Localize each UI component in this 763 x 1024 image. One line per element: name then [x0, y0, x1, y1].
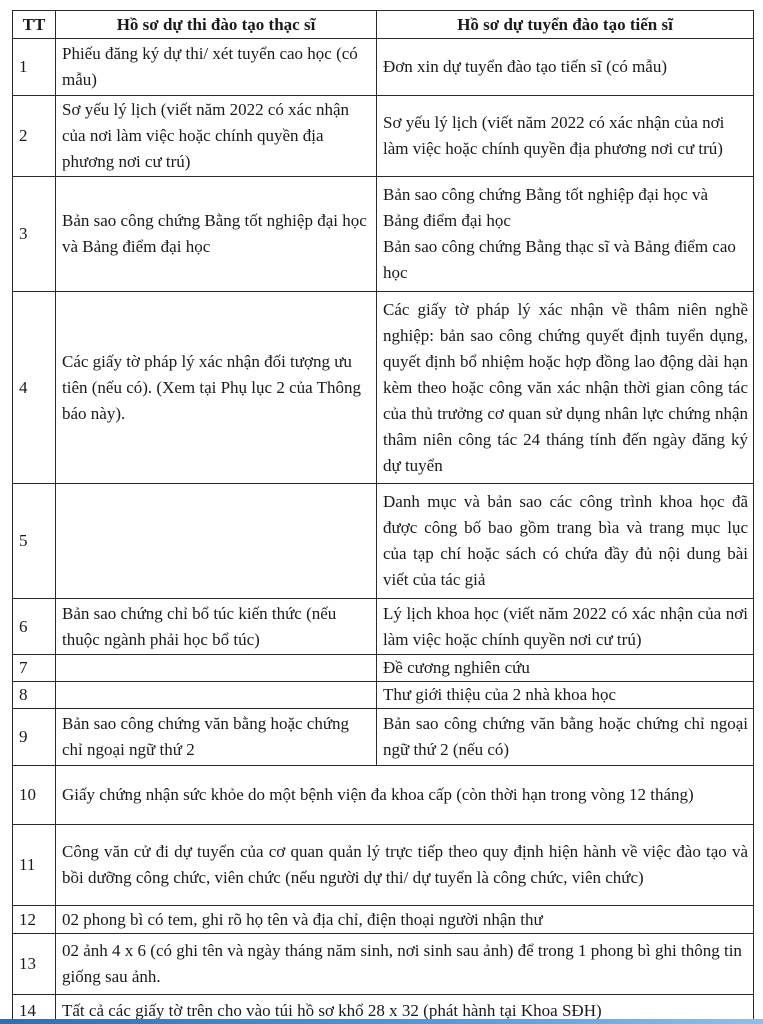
shared-cell: 02 phong bì có tem, ghi rõ họ tên và địa… — [56, 906, 754, 934]
bottom-edge-strip — [0, 1019, 763, 1024]
doctoral-line: Đề cương nghiên cứu — [383, 657, 748, 679]
masters-cell: Bản sao công chứng văn bằng hoặc chứng c… — [56, 709, 377, 766]
doctoral-cell: Bản sao công chứng Bằng tốt nghiệp đại h… — [377, 177, 754, 292]
document-sheet: TT Hồ sơ dự thi đào tạo thạc sĩ Hồ sơ dự… — [12, 10, 753, 1024]
masters-cell — [56, 682, 377, 709]
table-row: 5 Danh mục và bản sao các công trình kho… — [13, 484, 754, 599]
shared-cell: Giấy chứng nhận sức khỏe do một bệnh việ… — [56, 766, 754, 825]
row-number: 7 — [13, 655, 56, 682]
row-number: 2 — [13, 96, 56, 177]
table-row: 9 Bản sao công chứng văn bằng hoặc chứng… — [13, 709, 754, 766]
doctoral-line: Đơn xin dự tuyển đào tạo tiến sĩ (có mẫu… — [383, 54, 748, 80]
row-number: 1 — [13, 39, 56, 96]
header-masters: Hồ sơ dự thi đào tạo thạc sĩ — [56, 11, 377, 39]
table-row-shared: 12 02 phong bì có tem, ghi rõ họ tên và … — [13, 906, 754, 934]
doctoral-cell: Đề cương nghiên cứu — [377, 655, 754, 682]
doctoral-cell: Các giấy tờ pháp lý xác nhận về thâm niê… — [377, 292, 754, 484]
table-row: 8 Thư giới thiệu của 2 nhà khoa học — [13, 682, 754, 709]
row-number: 13 — [13, 934, 56, 995]
table-row: 2 Sơ yếu lý lịch (viết năm 2022 có xác n… — [13, 96, 754, 177]
header-doctoral: Hồ sơ dự tuyển đào tạo tiến sĩ — [377, 11, 754, 39]
masters-cell — [56, 655, 377, 682]
doctoral-line: Các giấy tờ pháp lý xác nhận về thâm niê… — [383, 297, 748, 479]
table-row-shared: 10 Giấy chứng nhận sức khỏe do một bệnh … — [13, 766, 754, 825]
masters-cell: Bản sao chứng chỉ bổ túc kiến thức (nếu … — [56, 599, 377, 655]
row-number: 6 — [13, 599, 56, 655]
shared-cell: Công văn cử đi dự tuyển của cơ quan quản… — [56, 825, 754, 906]
row-number: 11 — [13, 825, 56, 906]
masters-cell: Các giấy tờ pháp lý xác nhận đối tượng ư… — [56, 292, 377, 484]
shared-cell: 02 ảnh 4 x 6 (có ghi tên và ngày tháng n… — [56, 934, 754, 995]
row-number: 8 — [13, 682, 56, 709]
row-number: 10 — [13, 766, 56, 825]
application-requirements-table: TT Hồ sơ dự thi đào tạo thạc sĩ Hồ sơ dự… — [12, 10, 754, 1024]
header-tt: TT — [13, 11, 56, 39]
table-row-shared: 11 Công văn cử đi dự tuyển của cơ quan q… — [13, 825, 754, 906]
table-header-row: TT Hồ sơ dự thi đào tạo thạc sĩ Hồ sơ dự… — [13, 11, 754, 39]
doctoral-line: Danh mục và bản sao các công trình khoa … — [383, 489, 748, 593]
row-number: 9 — [13, 709, 56, 766]
doctoral-line: Bản sao công chứng Bằng tốt nghiệp đại h… — [383, 182, 748, 234]
doctoral-cell: Đơn xin dự tuyển đào tạo tiến sĩ (có mẫu… — [377, 39, 754, 96]
row-number: 3 — [13, 177, 56, 292]
doctoral-cell: Lý lịch khoa học (viết năm 2022 có xác n… — [377, 599, 754, 655]
table-row-shared: 13 02 ảnh 4 x 6 (có ghi tên và ngày thán… — [13, 934, 754, 995]
row-number: 4 — [13, 292, 56, 484]
masters-cell: Phiếu đăng ký dự thi/ xét tuyển cao học … — [56, 39, 377, 96]
doctoral-cell: Thư giới thiệu của 2 nhà khoa học — [377, 682, 754, 709]
doctoral-cell: Bản sao công chứng văn bằng hoặc chứng c… — [377, 709, 754, 766]
row-number: 5 — [13, 484, 56, 599]
table-row: 7 Đề cương nghiên cứu — [13, 655, 754, 682]
doctoral-line: Bản sao công chứng Bằng thạc sĩ và Bảng … — [383, 234, 748, 286]
table-row: 4 Các giấy tờ pháp lý xác nhận đối tượng… — [13, 292, 754, 484]
row-number: 12 — [13, 906, 56, 934]
masters-cell — [56, 484, 377, 599]
doctoral-line: Lý lịch khoa học (viết năm 2022 có xác n… — [383, 601, 748, 653]
masters-cell: Sơ yếu lý lịch (viết năm 2022 có xác nhậ… — [56, 96, 377, 177]
doctoral-line: Bản sao công chứng văn bằng hoặc chứng c… — [383, 711, 748, 763]
table-row: 3 Bản sao công chứng Bằng tốt nghiệp đại… — [13, 177, 754, 292]
doctoral-line: Thư giới thiệu của 2 nhà khoa học — [383, 684, 748, 706]
table-row: 6 Bản sao chứng chỉ bổ túc kiến thức (nế… — [13, 599, 754, 655]
doctoral-line: Sơ yếu lý lịch (viết năm 2022 có xác nhậ… — [383, 110, 748, 162]
doctoral-cell: Sơ yếu lý lịch (viết năm 2022 có xác nhậ… — [377, 96, 754, 177]
table-row: 1 Phiếu đăng ký dự thi/ xét tuyển cao họ… — [13, 39, 754, 96]
doctoral-cell: Danh mục và bản sao các công trình khoa … — [377, 484, 754, 599]
masters-cell: Bản sao công chứng Bằng tốt nghiệp đại h… — [56, 177, 377, 292]
